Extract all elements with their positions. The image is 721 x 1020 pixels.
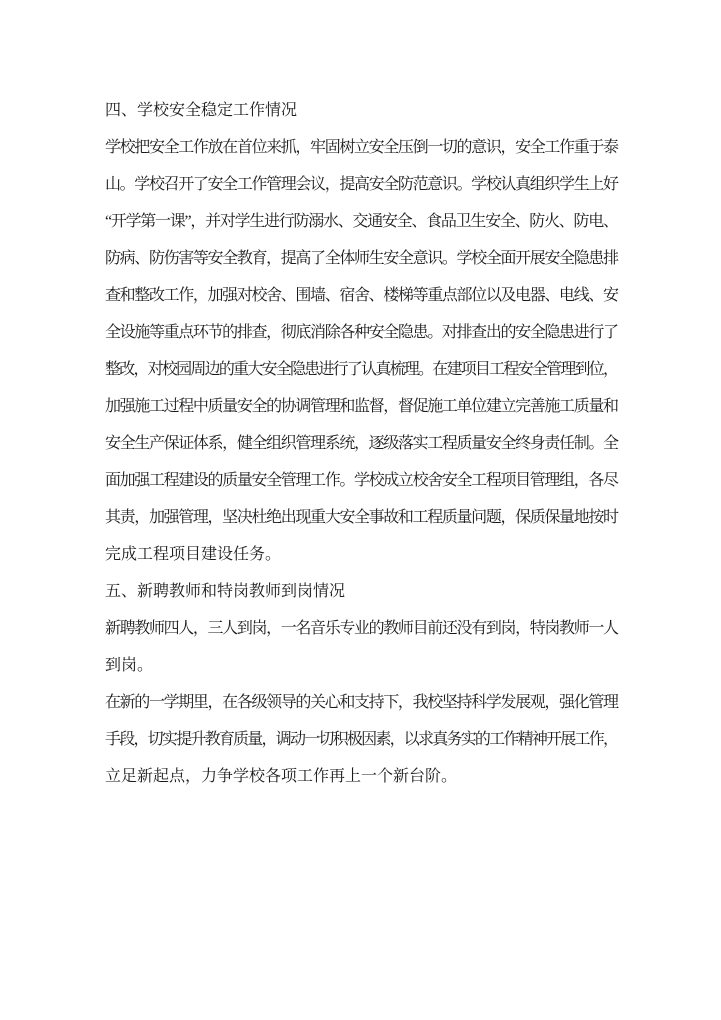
text-line: 安全生产保证体系，健全组织管理系统，逐级落实工程质量安全终身责任制。全 xyxy=(105,425,619,462)
text-line: 其责，加强管理，坚决杜绝出现重大安全事故和工程质量问题，保质保量地按时 xyxy=(105,499,619,536)
section-heading-5: 五、新聘教师和特岗教师到岗情况 xyxy=(105,573,619,610)
text-line: 在新的一学期里，在各级领导的关心和支持下，我校坚持科学发展观，强化管理 xyxy=(105,684,619,721)
text-line: 防病、防伤害等安全教育，提高了全体师生安全意识。学校全面开展安全隐患排 xyxy=(105,240,619,277)
text-line: 面加强工程建设的质量安全管理工作。学校成立校舍安全工程项目管理组，各尽 xyxy=(105,462,619,499)
text-line: 整改，对校园周边的重大安全隐患进行了认真梳理。在建项目工程安全管理到位， xyxy=(105,351,619,388)
text-line: 加强施工过程中质量安全的协调管理和监督，督促施工单位建立完善施工质量和 xyxy=(105,388,619,425)
text-line: 手段，切实提升教育质量，调动一切积极因素，以求真务实的工作精神开展工作， xyxy=(105,721,619,758)
text-line: 查和整改工作，加强对校舍、围墙、宿舍、楼梯等重点部位以及电器、电线、安 xyxy=(105,277,619,314)
text-line: 山。学校召开了安全工作管理会议，提高安全防范意识。学校认真组织学生上好 xyxy=(105,166,619,203)
section-heading-4: 四、学校安全稳定工作情况 xyxy=(105,92,619,129)
text-line: 新聘教师四人，三人到岗，一名音乐专业的教师目前还没有到岗，特岗教师一人 xyxy=(105,610,619,647)
text-line: “开学第一课”，并对学生进行防溺水、交通安全、食品卫生安全、防火、防电、 xyxy=(105,203,619,240)
text-line: 立足新起点，力争学校各项工作再上一个新台阶。 xyxy=(105,758,619,795)
text-line: 全设施等重点环节的排查，彻底消除各种安全隐患。对排查出的安全隐患进行了 xyxy=(105,314,619,351)
text-line: 学校把安全工作放在首位来抓，牢固树立安全压倒一切的意识，安全工作重于泰 xyxy=(105,129,619,166)
document-page: 四、学校安全稳定工作情况 学校把安全工作放在首位来抓，牢固树立安全压倒一切的意识… xyxy=(0,0,721,1020)
text-column: 四、学校安全稳定工作情况 学校把安全工作放在首位来抓，牢固树立安全压倒一切的意识… xyxy=(105,92,619,795)
text-line: 到岗。 xyxy=(105,647,619,684)
text-line: 完成工程项目建设任务。 xyxy=(105,536,619,573)
